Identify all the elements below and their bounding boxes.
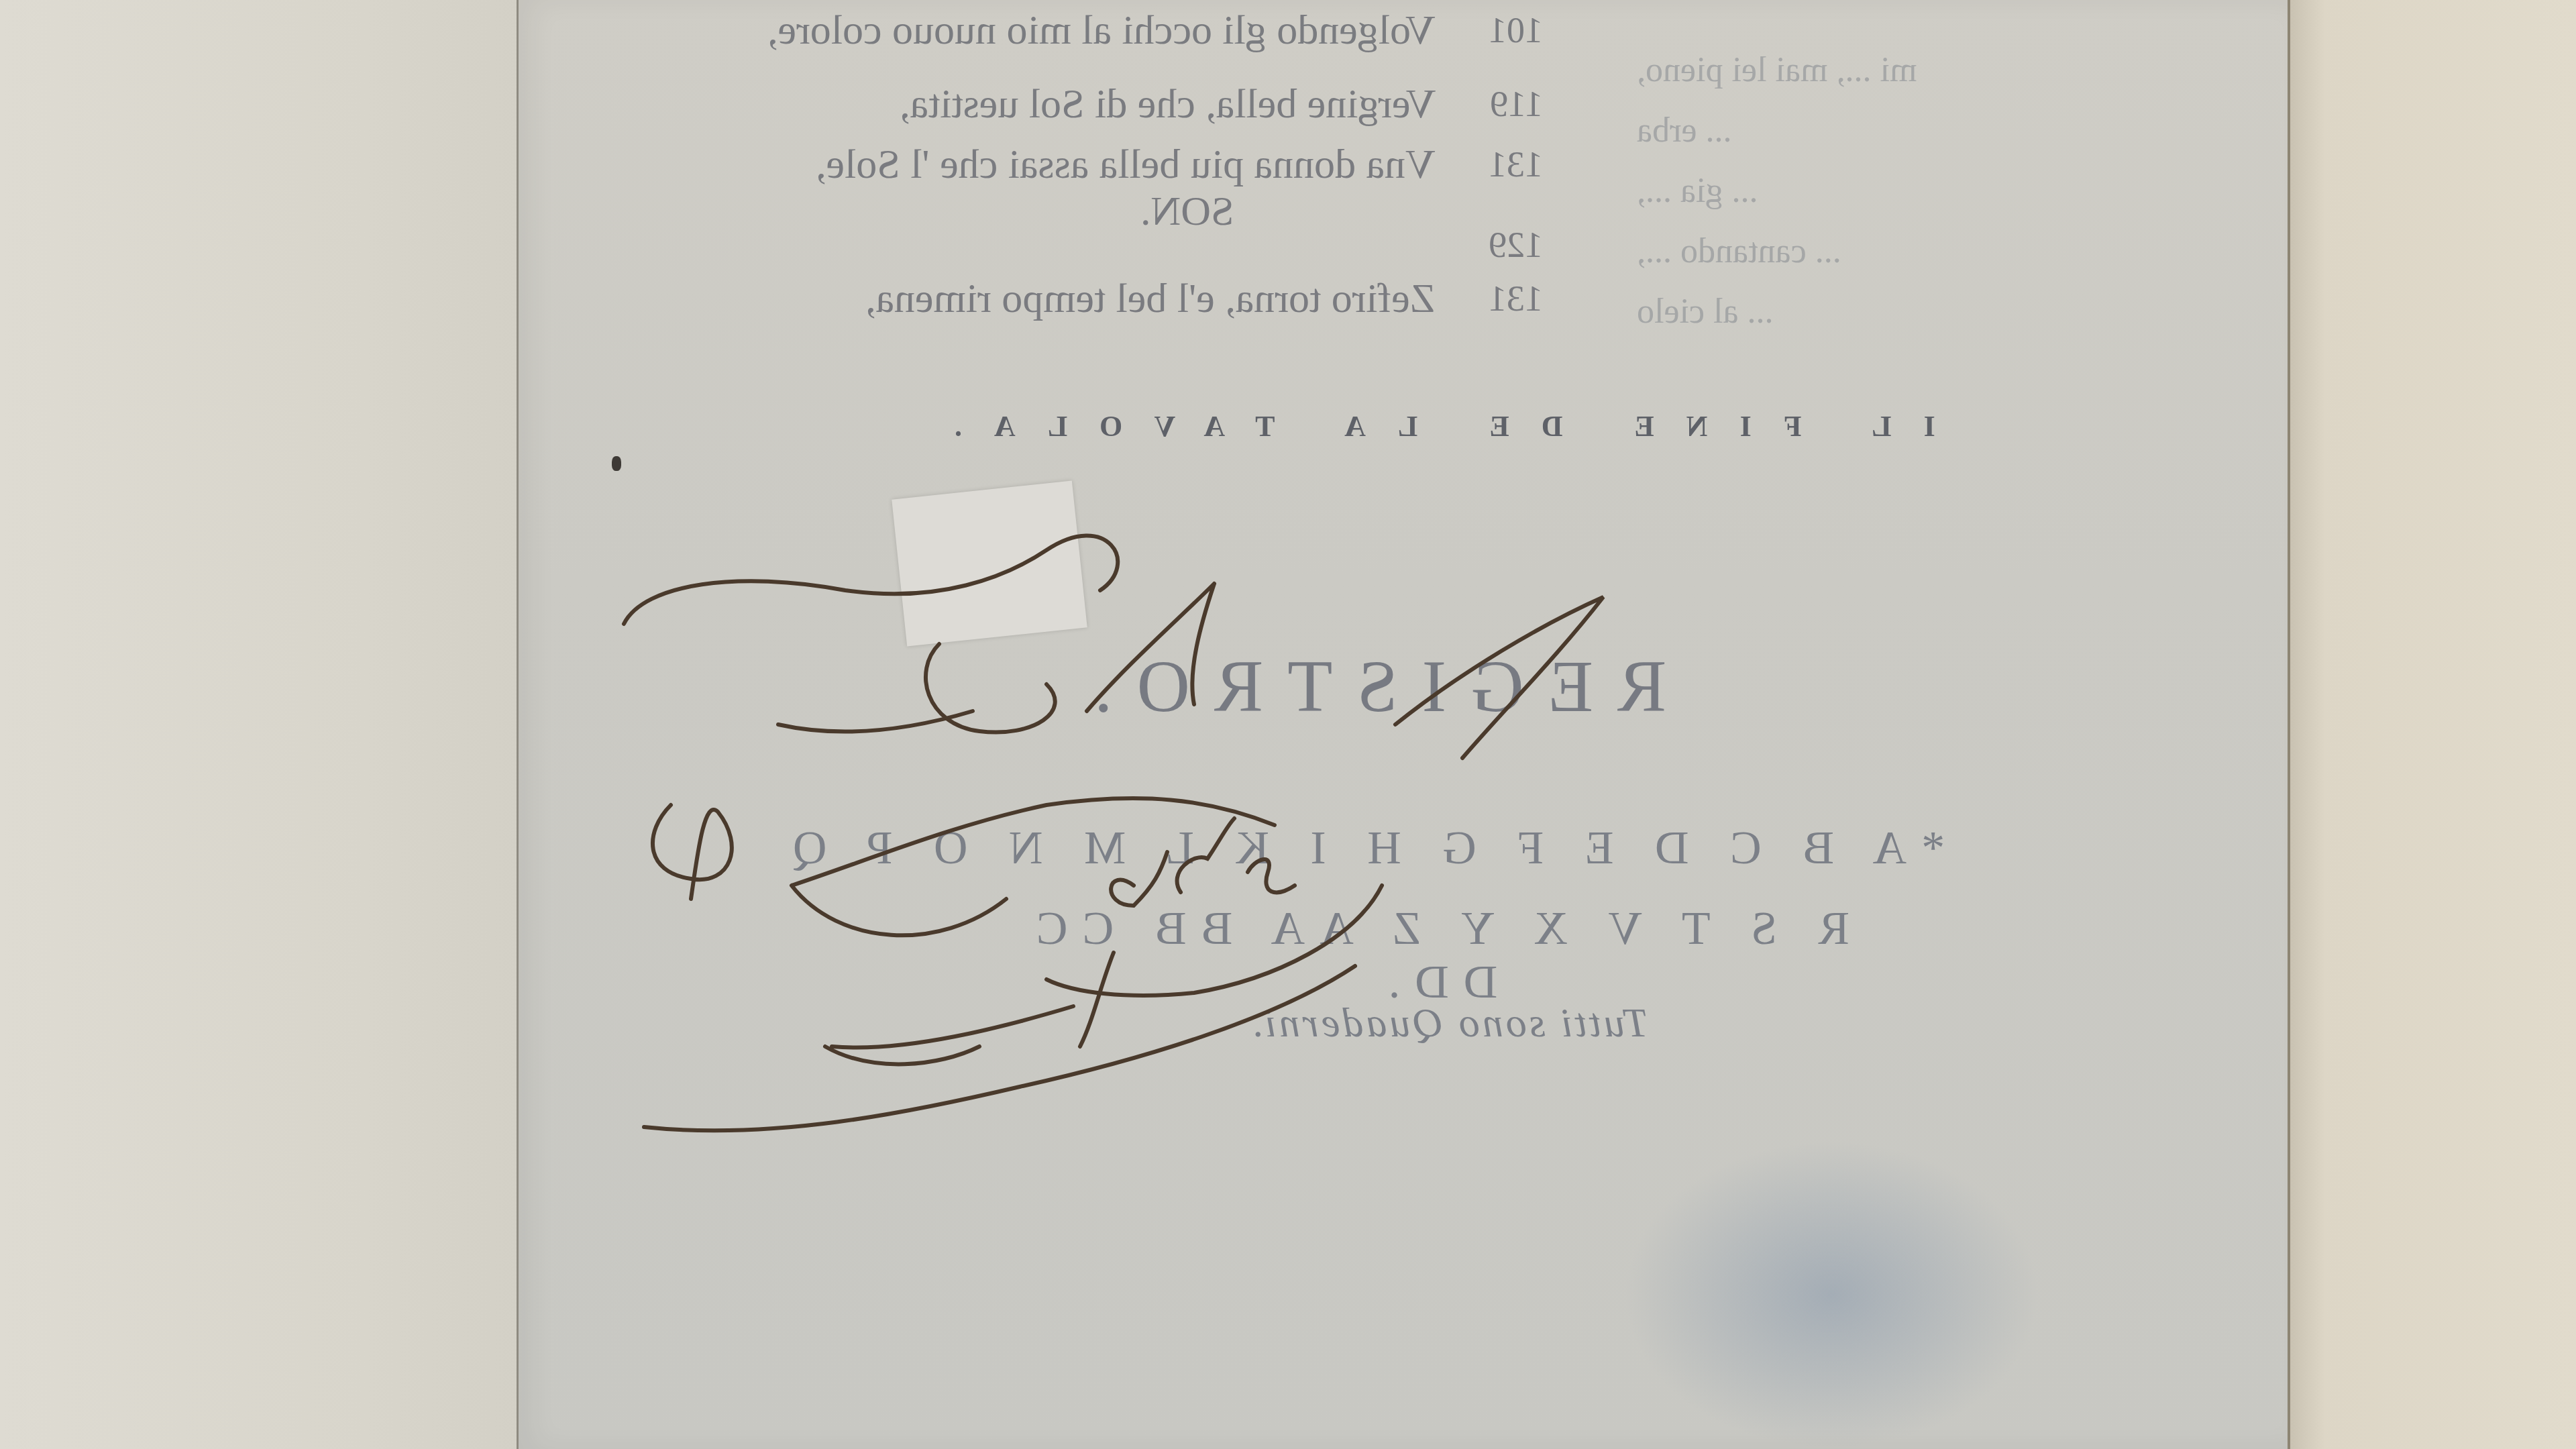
toc-entry-text: Zefiro torna, e'l bel tempo rimena, [865,275,1436,323]
paper-repair-patch [892,480,1087,646]
toc-row: Volgendo gli occhi al mio nuouo colore, … [577,0,1570,60]
toc-entry-number: 131 [1489,144,1543,185]
toc-right-line: ... erba [1637,101,2241,161]
signature-register-line-1: *A B C D E F G H I K L M N O P Q [671,822,2053,875]
toc-entry-number: 131 [1489,278,1543,319]
alphabet-line-2: R S T V X Y Z AA BB CC DD. [966,902,1905,1010]
quaderni-note: Tutti sono Quaderni. [1154,1000,1744,1047]
toc-entry-number: 101 [1489,9,1543,51]
caption-text: IL FINE DE LA TAVOLA. [922,409,1935,443]
toc-entry-text: Vergine bella, che di Sol uestita, [900,80,1436,128]
toc-right-column: mi ..., mai lei pieno, ... erba ... gia … [1637,40,2241,342]
right-book-leaf [2288,0,2576,1449]
tutti-text: Tutti sono Quaderni. [1249,1000,1648,1047]
toc-entry-text: Volgendo gli occhi al mio nuouo colore, [767,7,1436,54]
signature-register-line-2: R S T V X Y Z AA BB CC DD. [966,902,1905,1010]
left-book-leaf [0,0,523,1449]
end-of-table-caption: IL FINE DE LA TAVOLA. [885,409,1972,443]
toc-row: Zefiro torna, e'l bel tempo rimena, 131 [577,268,1570,329]
toc-entry-number: 119 [1490,83,1543,125]
registro-heading: REGISTRO. [926,644,1811,729]
toc-right-line: mi ..., mai lei pieno, [1637,40,2241,101]
toc-entry-number: 129 [1489,224,1543,266]
toc-right-line: ... al cielo [1637,282,2241,342]
toc-right-line: ... gia ..., [1637,161,2241,221]
ink-mark [612,456,621,471]
registro-text: REGISTRO. [1070,644,1666,729]
toc-row: Vergine bella, che di Sol uestita, 119 [577,74,1570,134]
toc-right-line: ... cantando ..., [1637,221,2241,282]
toc-row: 129 [577,215,1570,275]
ink-stain [1623,1140,2039,1449]
alphabet-line-1: *A B C D E F G H I K L M N O P Q [778,822,1945,875]
